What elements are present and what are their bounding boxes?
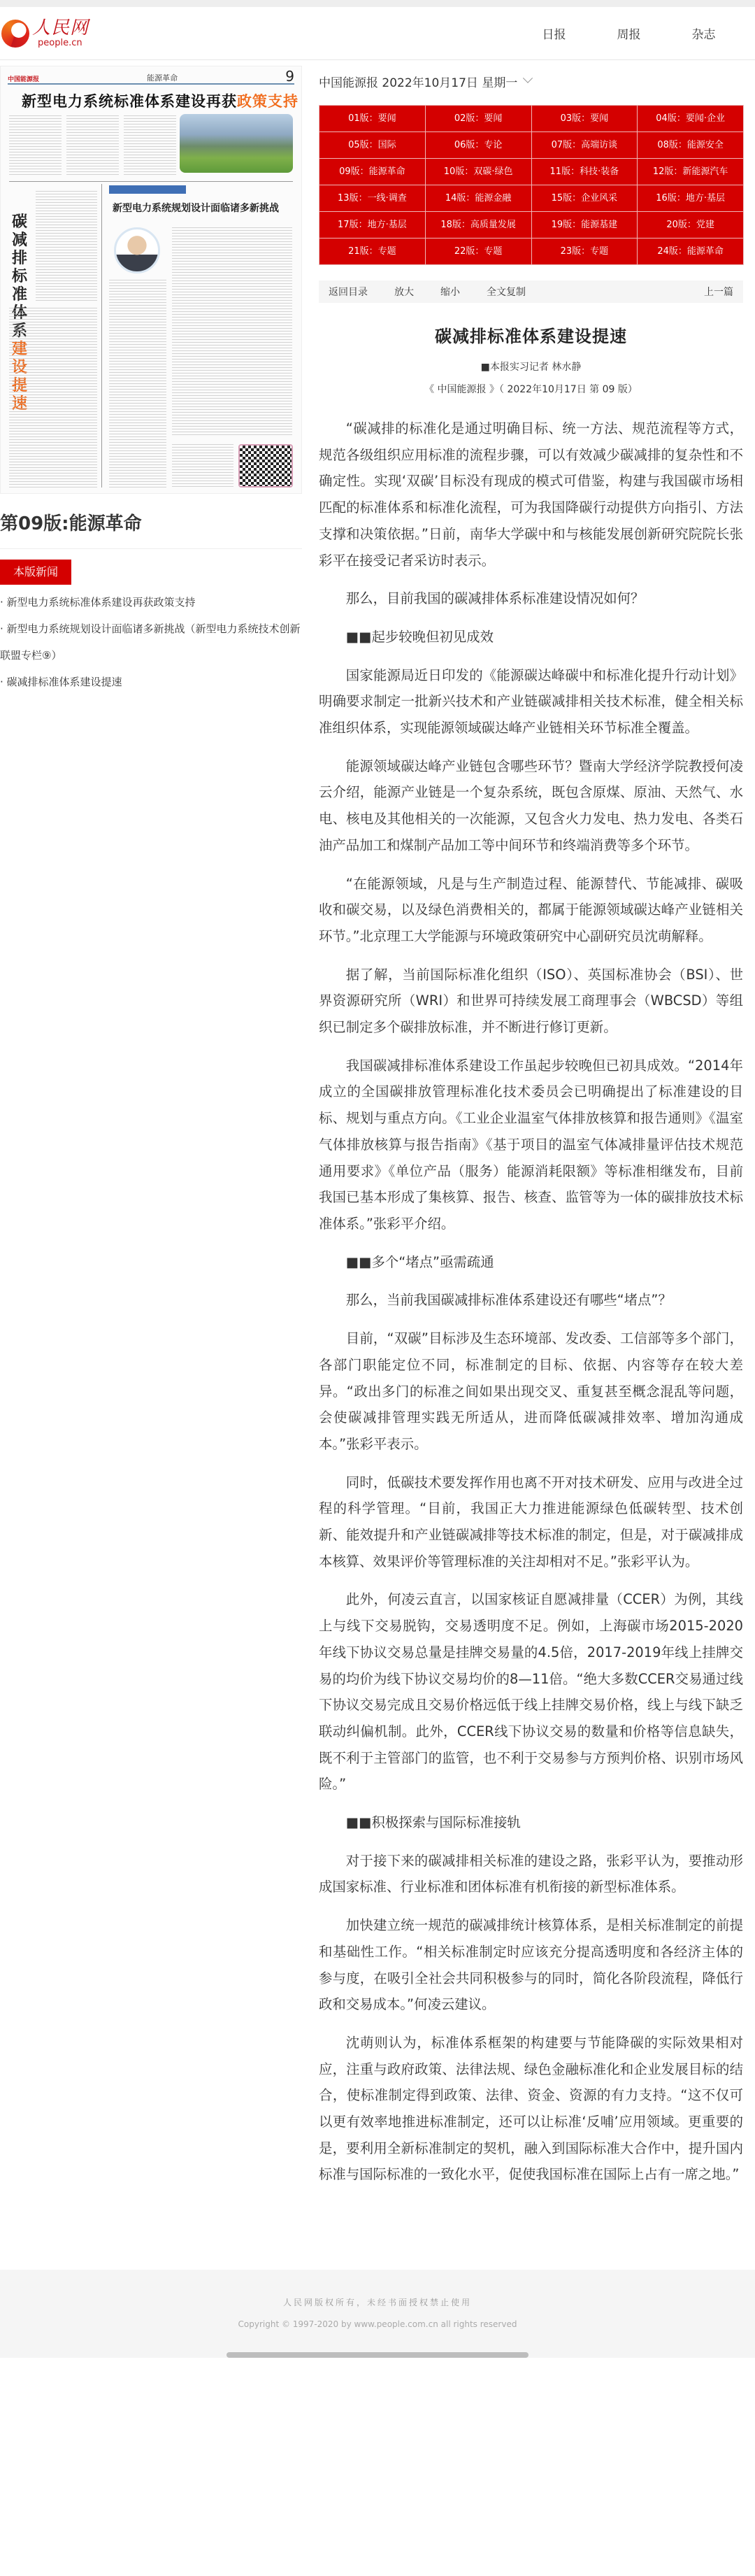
paper-text-column	[124, 115, 176, 177]
edition-link[interactable]: 05版：国际	[319, 132, 425, 158]
paper-masthead: 中国能源报 能源革命 9	[8, 71, 294, 85]
article-paragraph: 对于接下来的碳减排相关标准的建设之路，张彩平认为，要推动形成国家标准、行业标准和…	[319, 1848, 743, 1900]
paper-page-number: 9	[285, 69, 294, 83]
edition-link[interactable]: 17版：地方·基层	[319, 212, 425, 238]
people-logo-icon	[1, 20, 29, 48]
paper-headline: 新型电力系统标准体系建设再获政策支持	[22, 90, 299, 111]
edition-link[interactable]: 10版：双碳·绿色	[426, 159, 531, 185]
nav-daily[interactable]: 日报	[517, 24, 591, 42]
article-byline: ■本报实习记者 林水静	[319, 360, 743, 373]
left-divider	[0, 548, 302, 549]
edition-link[interactable]: 11版：科技·装备	[532, 159, 638, 185]
article-title: 碳减排标准体系建设提速	[319, 322, 743, 347]
zoom-out-button[interactable]: 缩小	[440, 285, 460, 299]
edition-link[interactable]: 04版：要闻·企业	[638, 106, 743, 131]
article-paragraph: “碳减排的标准化是通过明确目标、统一方法、规范流程等方式，规范各级组织应用标准的…	[319, 415, 743, 574]
back-to-index-button[interactable]: 返回目录	[329, 285, 368, 299]
paper-text-column	[172, 444, 233, 489]
newspaper-page-image[interactable]: 中国能源报 能源革命 9 新型电力系统标准体系建设再获政策支持 碳减排标准体系建…	[0, 66, 302, 494]
edition-link[interactable]: 21版：专题	[319, 239, 425, 264]
article-paragraph: 我国碳减排标准体系建设工作虽起步较晚但已初具成效。“2014年成立的全国碳排放管…	[319, 1053, 743, 1237]
paper-text-column	[109, 280, 166, 490]
edition-link[interactable]: 24版：能源革命	[638, 239, 743, 264]
footer-rights-notice: 人民网版权所有，未经书面授权禁止使用	[0, 2296, 755, 2308]
news-item-link[interactable]: · 新型电力系统规划设计面临诸多新挑战（新型电力系统技术创新联盟专栏⑨）	[0, 622, 301, 662]
edition-link[interactable]: 20版：党建	[638, 212, 743, 238]
article-paragraph: 据了解，当前国际标准化组织（ISO）、英国标准协会（BSI）、世界资源研究所（W…	[319, 962, 743, 1041]
paper-divider	[101, 184, 102, 488]
zoom-in-button[interactable]: 放大	[394, 285, 414, 299]
paper-landscape-photo	[180, 114, 293, 173]
news-item-link[interactable]: · 碳减排标准体系建设提速	[0, 676, 122, 688]
edition-link[interactable]: 07版：高端访谈	[532, 132, 638, 158]
paper-column-tag	[109, 185, 186, 194]
article-paragraph: 那么，当前我国碳减排标准体系建设还有哪些“堵点”？	[319, 1287, 743, 1314]
date-selector[interactable]: 中国能源报 2022年10月17日 星期一	[319, 66, 743, 97]
date-text: 中国能源报 2022年10月17日 星期一	[319, 73, 517, 90]
news-item: · 新型电力系统规划设计面临诸多新挑战（新型电力系统技术创新联盟专栏⑨）	[0, 615, 302, 669]
left-column: 中国能源报 能源革命 9 新型电力系统标准体系建设再获政策支持 碳减排标准体系建…	[0, 66, 302, 2200]
edition-link[interactable]: 15版：企业风采	[532, 185, 638, 211]
article-subheading: ■■多个“堵点”亟需疏通	[319, 1249, 743, 1276]
edition-link[interactable]: 16版：地方·基层	[638, 185, 743, 211]
edition-link[interactable]: 09版：能源革命	[319, 159, 425, 185]
article-paragraph: 沈萌则认为，标准体系框架的构建要与节能降碳的实际效果相对应，注重与政府政策、法律…	[319, 2030, 743, 2188]
edition-news-list: · 新型电力系统标准体系建设再获政策支持 · 新型电力系统规划设计面临诸多新挑战…	[0, 589, 302, 695]
article-paragraph: 国家能源局近日印发的《能源碳达峰碳中和标准化提升行动计划》明确要求制定一批新兴技…	[319, 662, 743, 741]
paper-text-column	[172, 227, 292, 437]
paper-name: 中国能源报	[8, 74, 39, 83]
paper-headline-highlight: 政策支持	[237, 93, 299, 110]
horizontal-scrollbar[interactable]	[226, 2352, 528, 2358]
edition-link[interactable]: 12版：新能源汽车	[638, 159, 743, 185]
qr-code-icon	[238, 444, 293, 488]
logo-cn: 人民网	[32, 19, 89, 37]
paper-text-column	[66, 115, 119, 177]
article-paragraph: 那么，目前我国的碳减排体系标准建设情况如何？	[319, 585, 743, 612]
paper-text-column	[9, 308, 97, 490]
paper-section: 能源革命	[147, 72, 178, 83]
main-content: 中国能源报 能源革命 9 新型电力系统标准体系建设再获政策支持 碳减排标准体系建…	[0, 60, 755, 2200]
nav-weekly[interactable]: 周报	[591, 24, 666, 42]
edition-link[interactable]: 01版：要闻	[319, 106, 425, 131]
chevron-down-icon	[523, 73, 533, 83]
article-paragraph: 加快建立统一规范的碳减排统计核算体系，是相关标准制定的前提和基础性工作。“相关标…	[319, 1912, 743, 2018]
people-logo[interactable]: 人民网 people.cn	[1, 13, 89, 55]
edition-link[interactable]: 02版：要闻	[426, 106, 531, 131]
paper-text-column	[36, 191, 97, 303]
edition-link[interactable]: 08版：能源安全	[638, 132, 743, 158]
article-paragraph: 能源领域碳达峰产业链包含哪些环节？暨南大学经济学院教授何凌云介绍，能源产业链是一…	[319, 753, 743, 859]
previous-article-button[interactable]: 上一篇	[704, 285, 733, 299]
right-column: 中国能源报 2022年10月17日 星期一 01版：要闻02版：要闻03版：要闻…	[319, 66, 743, 2200]
paper-headline-main: 新型电力系统标准体系建设再获	[22, 93, 237, 110]
copy-all-button[interactable]: 全文复制	[487, 285, 526, 299]
footer-copyright: Copyright © 1997-2020 by www.people.com.…	[0, 2319, 755, 2329]
paper-portrait-photo	[114, 227, 160, 273]
paper-text-column	[9, 115, 62, 177]
edition-link[interactable]: 06版：专论	[426, 132, 531, 158]
article-paragraph: 同时，低碳技术要发挥作用也离不开对技术研发、应用与改进全过程的科学管理。“目前，…	[319, 1470, 743, 1575]
top-strip	[0, 0, 755, 7]
logo-en: people.cn	[38, 38, 89, 48]
edition-link[interactable]: 14版：能源金融	[426, 185, 531, 211]
edition-title: 第09版:能源革命	[0, 509, 302, 537]
article-subheading: ■■起步较晚但初见成效	[319, 624, 743, 650]
edition-link[interactable]: 19版：能源基建	[532, 212, 638, 238]
edition-news-tab[interactable]: 本版新闻	[0, 560, 71, 585]
site-header: 人民网 people.cn 日报 周报 杂志	[0, 7, 755, 60]
news-item-link[interactable]: · 新型电力系统标准体系建设再获政策支持	[0, 596, 196, 609]
edition-link[interactable]: 23版：专题	[532, 239, 638, 264]
article-toolbar: 返回目录 放大 缩小 全文复制 上一篇	[319, 280, 743, 303]
article-paragraph: 此外，何凌云直言，以国家核证自愿减排量（CCER）为例，其线上与线下交易脱钩，交…	[319, 1586, 743, 1798]
edition-link[interactable]: 03版：要闻	[532, 106, 638, 131]
edition-link[interactable]: 13版：一线·调查	[319, 185, 425, 211]
site-footer: 人民网版权所有，未经书面授权禁止使用 Copyright © 1997-2020…	[0, 2270, 755, 2358]
paper-divider	[9, 181, 293, 182]
news-item: · 碳减排标准体系建设提速	[0, 669, 302, 695]
article-paragraph: “在能源领域，凡是与生产制造过程、能源替代、节能减排、碳吸收和碳交易，以及绿色消…	[319, 871, 743, 950]
edition-grid: 01版：要闻02版：要闻03版：要闻04版：要闻·企业05版：国际06版：专论0…	[319, 105, 744, 265]
article-paragraph: 目前，“双碳”目标涉及生态环境部、发改委、工信部等多个部门，各部门职能定位不同，…	[319, 1325, 743, 1458]
news-item: · 新型电力系统标准体系建设再获政策支持	[0, 589, 302, 615]
edition-link[interactable]: 22版：专题	[426, 239, 531, 264]
article-body: “碳减排的标准化是通过明确目标、统一方法、规范流程等方式，规范各级组织应用标准的…	[319, 415, 743, 2188]
edition-link[interactable]: 18版：高质量发展	[426, 212, 531, 238]
logo-text: 人民网 people.cn	[32, 19, 89, 48]
article-subheading: ■■积极探索与国际标准接轨	[319, 1809, 743, 1836]
article-source: 《 中国能源报 》（ 2022年10月17日 第 09 版）	[319, 382, 743, 396]
top-nav: 日报 周报 杂志	[517, 24, 741, 42]
paper-subheadline: 新型电力系统规划设计面临诸多新挑战	[113, 201, 279, 215]
nav-magazine[interactable]: 杂志	[666, 24, 741, 42]
